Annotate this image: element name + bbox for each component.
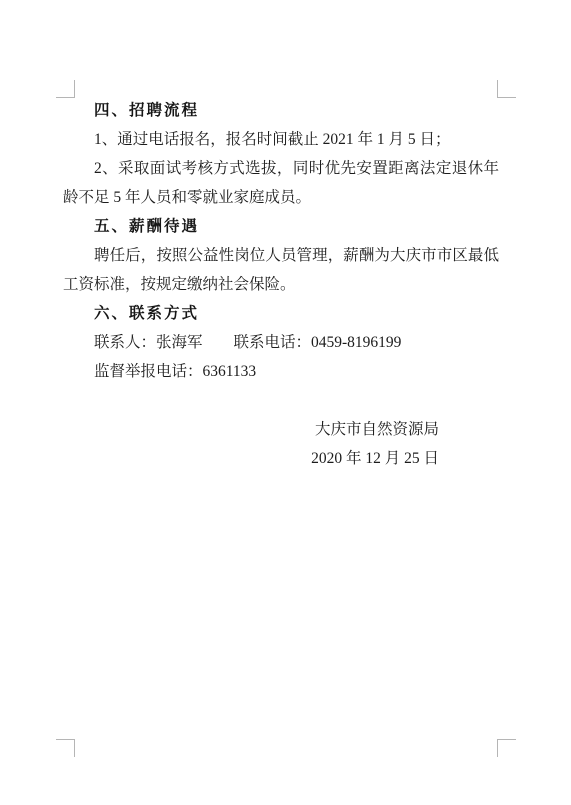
paragraph-contact-info: 联系人：张海军 联系电话：0459-8196199 [63,328,499,357]
heading-recruitment-process: 四、招聘流程 [63,96,499,125]
paragraph-registration: 1、通过电话报名，报名时间截止 2021 年 1 月 5 日； [63,125,499,154]
heading-contact: 六、联系方式 [63,299,499,328]
document-body: 四、招聘流程 1、通过电话报名，报名时间截止 2021 年 1 月 5 日； 2… [63,96,499,473]
paragraph-selection: 2、采取面试考核方式选拔，同时优先安置距离法定退休年龄不足 5 年人员和零就业家… [63,154,499,212]
signature-organization: 大庆市自然资源局 [63,415,499,444]
signature-date: 2020 年 12 月 25 日 [63,444,499,473]
margin-corner-mark-bottom-right [497,739,516,757]
heading-salary: 五、薪酬待遇 [63,212,499,241]
margin-corner-mark-bottom-left [56,739,75,757]
margin-corner-mark-top-right [497,80,516,98]
blank-line [63,386,499,415]
paragraph-report-phone: 监督举报电话：6361133 [63,357,499,386]
paragraph-salary: 聘任后，按照公益性岗位人员管理，薪酬为大庆市市区最低工资标准，按规定缴纳社会保险… [63,241,499,299]
document-page: 四、招聘流程 1、通过电话报名，报名时间截止 2021 年 1 月 5 日； 2… [0,0,571,805]
